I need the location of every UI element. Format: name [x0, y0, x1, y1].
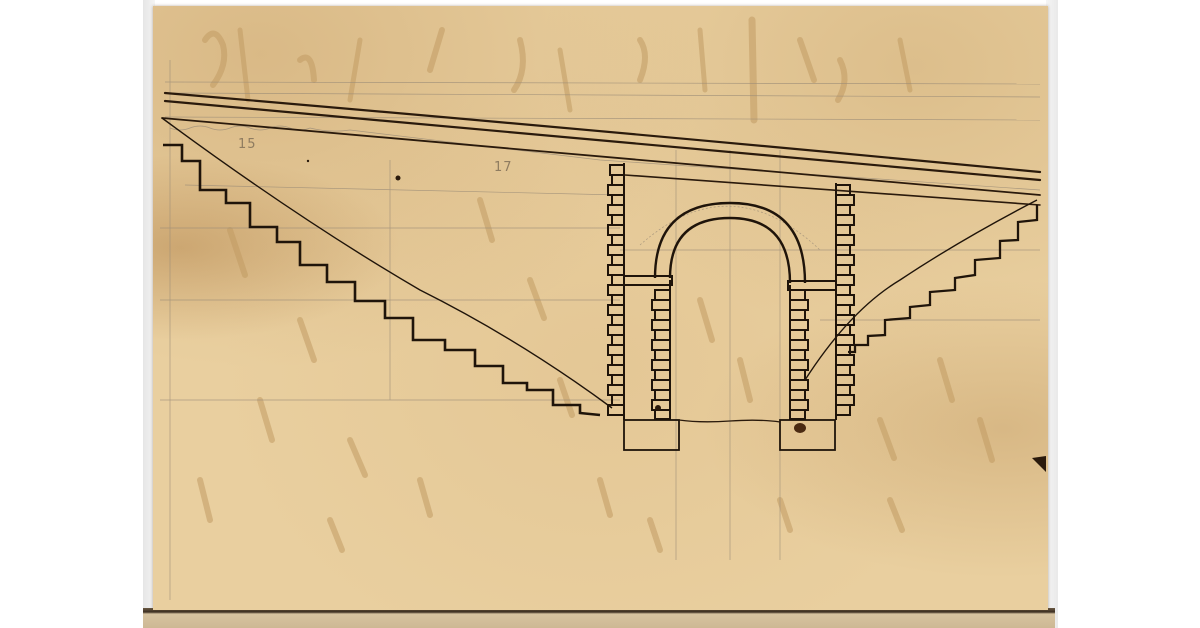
right-pier: [780, 183, 854, 450]
right-pier-bricks: [836, 185, 854, 415]
right-embankment: [805, 200, 1037, 380]
left-pier: [608, 163, 679, 450]
document-viewer: 15 17: [0, 0, 1200, 628]
ground-line: [679, 420, 780, 422]
bridge-deck-lines: [162, 93, 1040, 205]
annotation-label-15: 15: [238, 137, 257, 152]
bridge-drawing: [0, 0, 1200, 628]
annotation-label-17: 17: [494, 160, 513, 175]
left-jamb-bricks: [652, 290, 670, 419]
right-jamb-bricks: [790, 290, 808, 419]
left-pier-bricks: [608, 165, 624, 415]
left-embankment: [162, 118, 612, 415]
bleed-through-script: [200, 20, 992, 550]
ink-spots: [307, 160, 1046, 472]
